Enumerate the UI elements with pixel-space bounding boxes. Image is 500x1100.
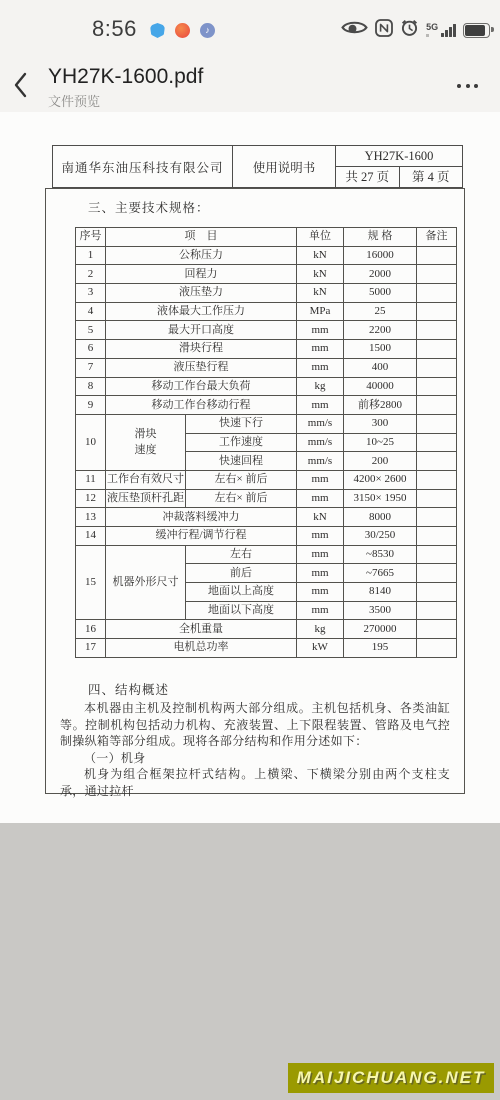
spec-header-row: 序号 项 目 单位 规 格 备注	[76, 228, 457, 247]
table-row: 7液压垫行程mm400	[76, 358, 457, 377]
phone-screen: 8:56 ♪ 5G	[0, 0, 500, 1100]
table-row: 16全机重量kg270000	[76, 620, 457, 639]
table-row: 1公称压力kN16000	[76, 246, 457, 265]
table-row: 2回程力kN2000	[76, 265, 457, 284]
sim2-signal-dot	[426, 34, 429, 37]
eye-protection-icon	[341, 19, 368, 41]
spec-table: 序号 项 目 单位 规 格 备注 1公称压力kN16000 2回程力kN2000…	[75, 227, 457, 658]
pages-total: 共 27 页	[336, 167, 400, 187]
clock-time: 8:56	[92, 16, 137, 42]
battery-icon	[463, 23, 490, 38]
table-row: 6滑块行程mm1500	[76, 340, 457, 359]
table-row: 15机器外形尺寸左右mm~8530	[76, 545, 457, 564]
page-current: 第 4 页	[400, 167, 463, 187]
table-row: 4液体最大工作压力MPa25	[76, 302, 457, 321]
red-app-badge-icon	[175, 23, 190, 38]
table-row: 10滑块速度快速下行mm/s300	[76, 414, 457, 433]
paragraph: 本机器由主机及控制机构两大部分组成。主机包括机身、各类油缸等。控制机构包括动力机…	[60, 700, 450, 750]
network-type-label: 5G	[426, 23, 438, 32]
section-4-title: 四、结构概述	[88, 680, 169, 698]
page-header-table: 南通华东油压科技有限公司 使用说明书 YH27K-1600 共 27 页 第 4…	[52, 145, 463, 188]
doc-type: 使用说明书	[233, 146, 336, 188]
table-row: 14缓冲行程/调节行程mm30/250	[76, 527, 457, 546]
page-background: MAIJICHUANG.NET	[0, 823, 500, 1100]
preview-label: 文件预览	[48, 91, 203, 110]
app-header: YH27K-1600.pdf 文件预览	[0, 58, 500, 112]
table-row: 17电机总功率kW195	[76, 639, 457, 658]
table-row: 9移动工作台移动行程mm前移2800	[76, 396, 457, 415]
table-row: 3液压垫力kN5000	[76, 284, 457, 303]
shield-app-icon	[150, 23, 165, 38]
page-count-cell: 共 27 页 第 4 页	[336, 167, 463, 188]
file-title-block: YH27K-1600.pdf 文件预览	[48, 64, 203, 110]
file-name: YH27K-1600.pdf	[48, 64, 203, 90]
table-row: 12液压垫顶杆孔距左右× 前后mm3150× 1950	[76, 489, 457, 508]
model-number: YH27K-1600	[336, 146, 463, 167]
page-border-frame: 三、主要技术规格： 序号 项 目 单位 规 格 备注 1公称压力kN16000 …	[45, 188, 465, 794]
pdf-preview-page[interactable]: 南通华东油压科技有限公司 使用说明书 YH27K-1600 共 27 页 第 4…	[0, 112, 500, 823]
table-row: 11工作台有效尺寸左右× 前后mm4200× 2600	[76, 470, 457, 489]
signal-bars-icon	[441, 24, 456, 37]
alarm-clock-icon	[400, 18, 419, 42]
status-icons: 5G	[341, 18, 490, 42]
watermark-banner: MAIJICHUANG.NET	[288, 1063, 494, 1093]
paragraph: （一）机身	[60, 750, 450, 767]
table-row: 5最大开口高度mm2200	[76, 321, 457, 340]
nfc-icon	[375, 19, 393, 42]
structure-overview-text: 本机器由主机及控制机构两大部分组成。主机包括机身、各类油缸等。控制机构包括动力机…	[60, 700, 450, 799]
paragraph: 机身为组合框架拉杆式结构。上横梁、下横梁分别由两个支柱支承，通过拉杆	[60, 766, 450, 799]
section-3-title: 三、主要技术规格：	[88, 198, 210, 216]
more-options-button[interactable]	[457, 84, 478, 88]
back-button[interactable]	[10, 70, 36, 102]
signal-5g-icon: 5G	[426, 23, 456, 37]
table-row: 13冲裁落料缓冲力kN8000	[76, 508, 457, 527]
music-app-icon: ♪	[200, 23, 215, 38]
company-name: 南通华东油压科技有限公司	[53, 146, 233, 188]
table-row: 8移动工作台最大负荷kg40000	[76, 377, 457, 396]
